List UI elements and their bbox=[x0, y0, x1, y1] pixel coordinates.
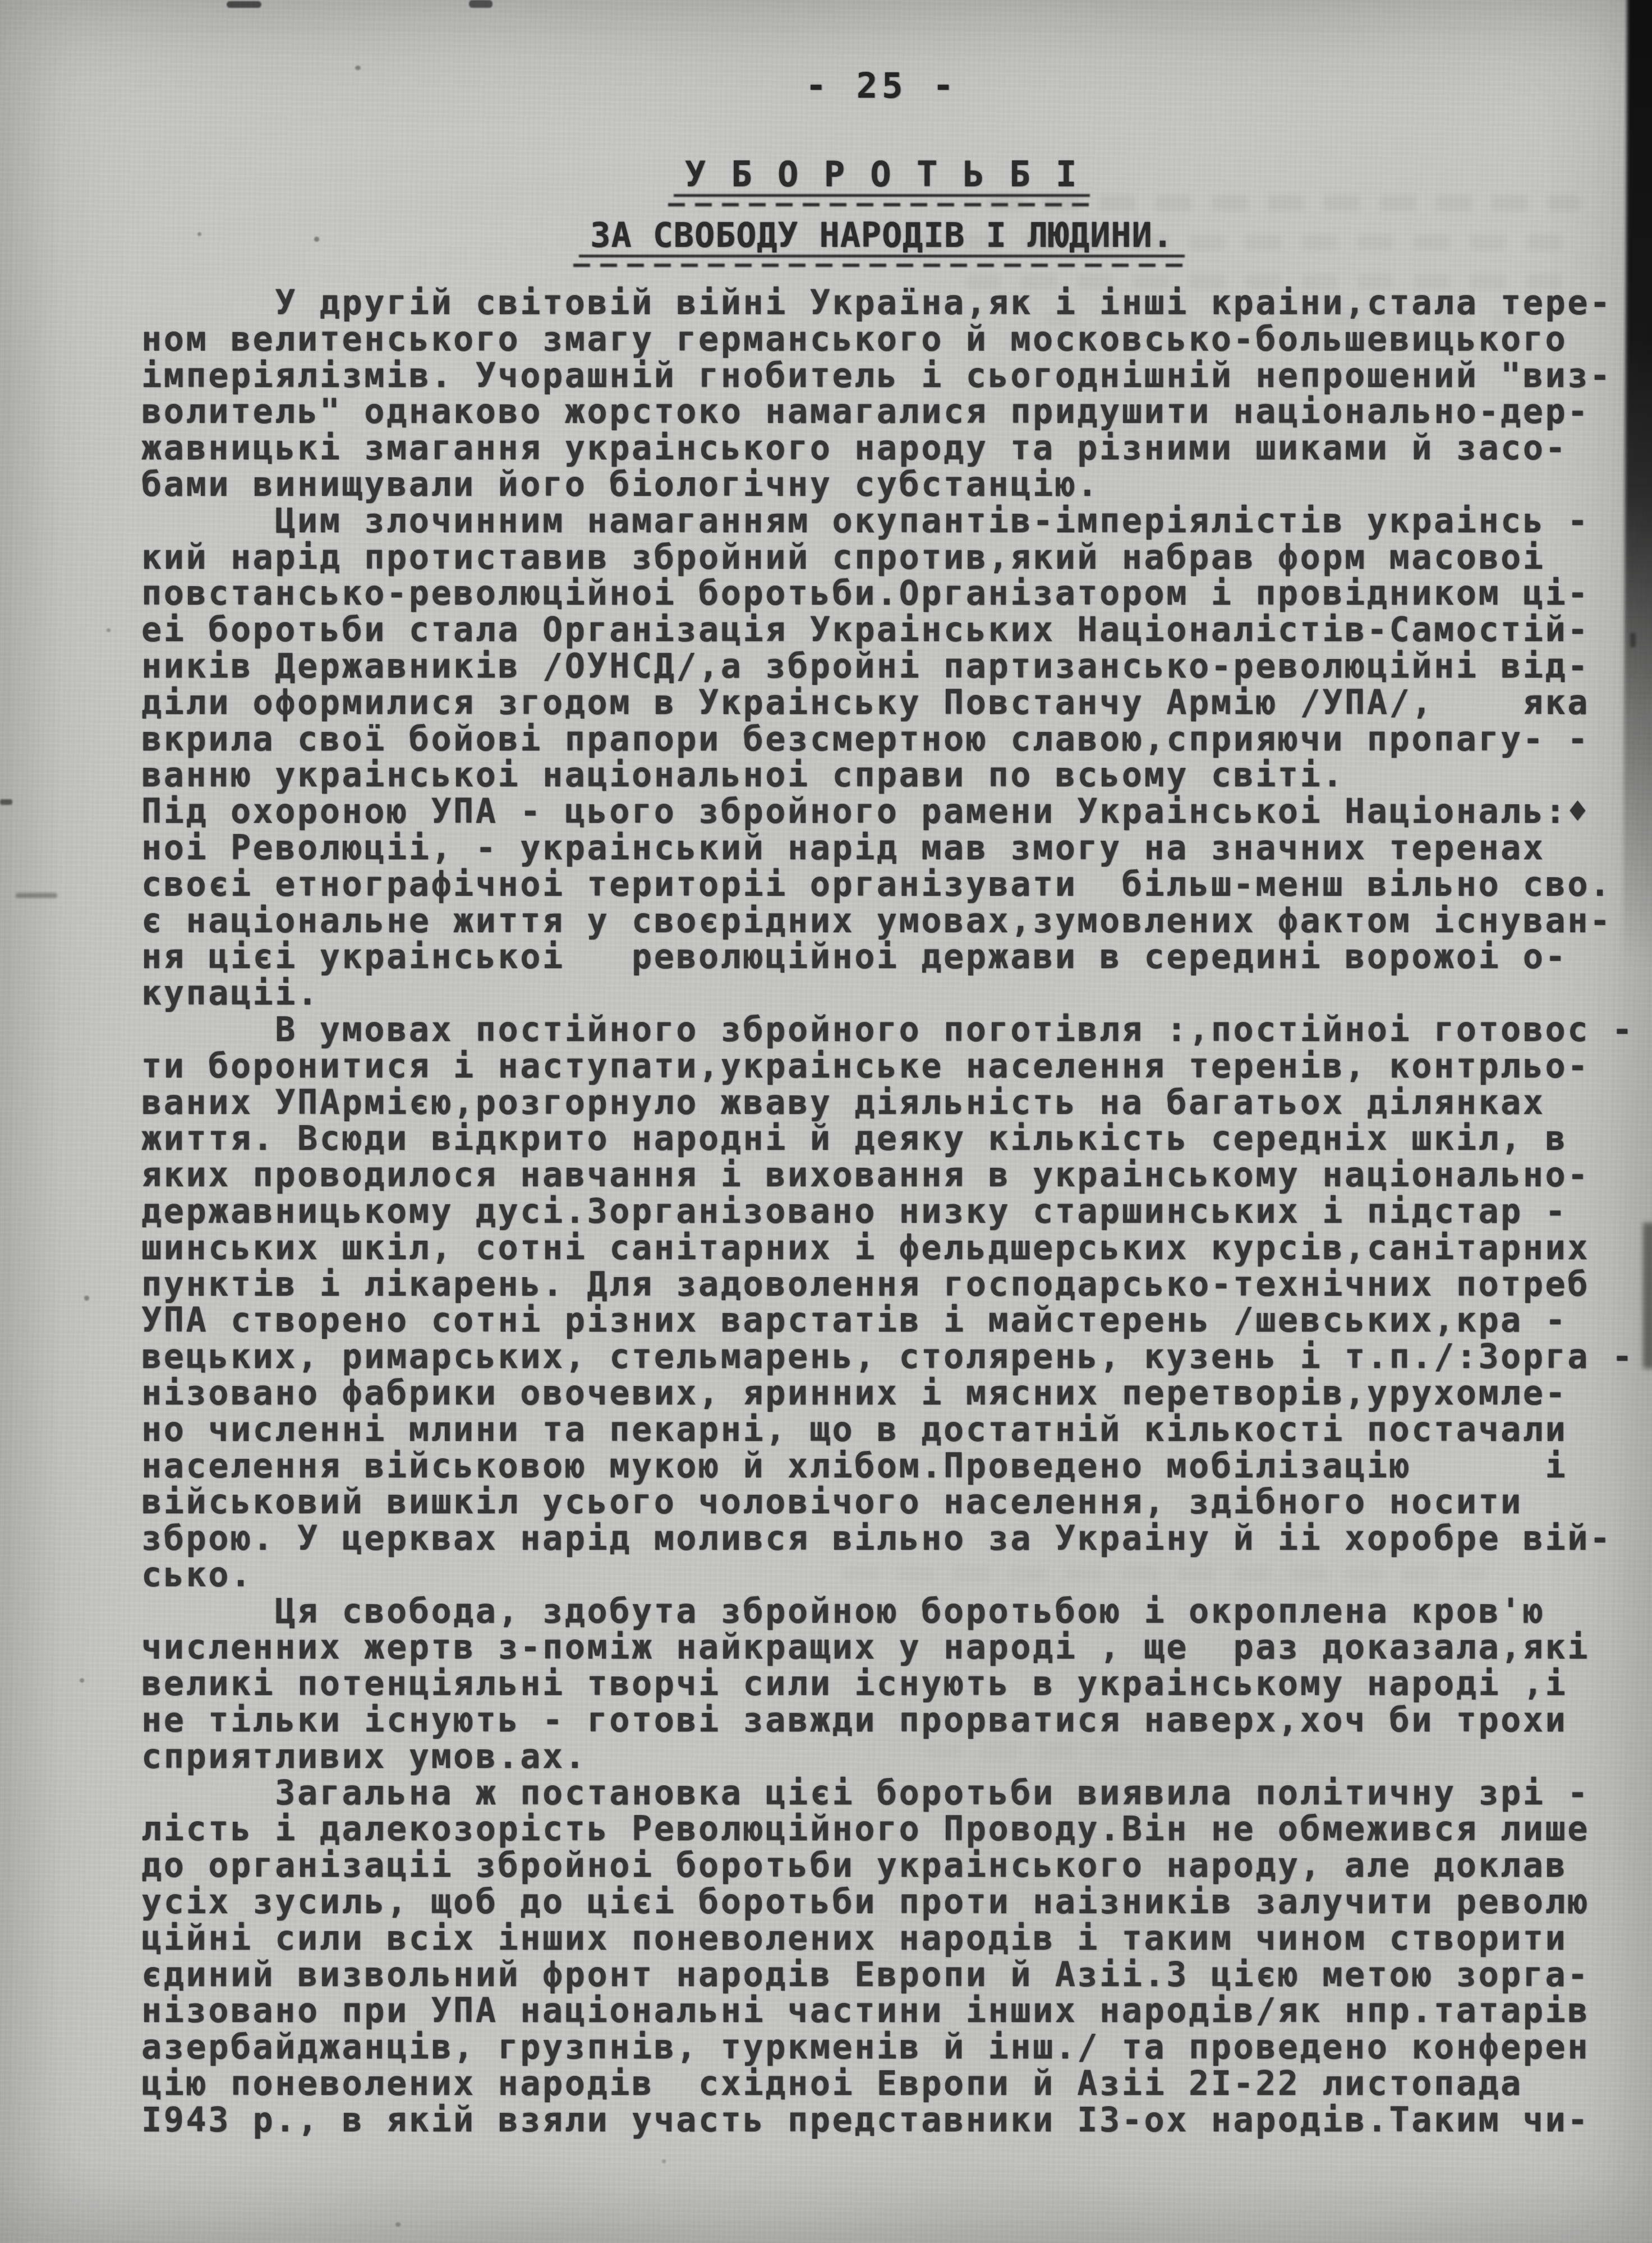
text-line: В умовах постійного збройного поготівля … bbox=[141, 1012, 1650, 1048]
text-line: усіх зусиль, щоб до цієі боротьби проти … bbox=[141, 1884, 1650, 1920]
text-line: імперіялізмів. Учорашній гнобитель і сьо… bbox=[141, 358, 1650, 394]
text-line: цію поневолених народів східноі Европи й… bbox=[141, 2066, 1650, 2102]
ink-speck bbox=[84, 1296, 89, 1301]
ink-speck bbox=[107, 628, 111, 632]
text-line: життя. Всюди відкрито народні й деяку кі… bbox=[141, 1121, 1650, 1157]
text-line: ном велитенського змагу германського й м… bbox=[141, 321, 1650, 358]
scanned-document-page: - 25 - У Б О Р О Т Ь Б І ЗА СВОБОДУ НАРО… bbox=[0, 0, 1652, 2243]
text-line: кий нарід протиставив збройний спротив,я… bbox=[141, 540, 1650, 576]
text-line: пунктів і лікарень. Для задоволення госп… bbox=[141, 1266, 1650, 1303]
text-line: ційні сили всіх інших поневолених народі… bbox=[141, 1920, 1650, 1957]
text-line: діли оформилися згодом в Украінську Повс… bbox=[141, 685, 1650, 721]
text-line: численних жертв з-поміж найкращих у наро… bbox=[141, 1629, 1650, 1666]
text-line: еі боротьби стала Організація Украінськи… bbox=[141, 612, 1650, 648]
ink-speck bbox=[662, 2159, 666, 2163]
text-line: ня цієі украінськоі революційноі держави… bbox=[141, 939, 1650, 975]
text-line: азербайджанців, грузпнів, туркменів й ін… bbox=[141, 2029, 1650, 2066]
text-line: нізовано фабрики овочевих, яринних і мяс… bbox=[141, 1375, 1650, 1412]
ink-speck bbox=[16, 893, 57, 898]
text-line: вецьких, римарських, стельмарень, столяр… bbox=[141, 1339, 1650, 1375]
page-number: - 25 - bbox=[141, 65, 1622, 106]
text-line: великі потенціяльні творчі сили існують … bbox=[141, 1666, 1650, 1702]
text-line: ти боронитися і наступати,украінське нас… bbox=[141, 1048, 1650, 1085]
text-line: У другій світовій війні Україна,як і інш… bbox=[141, 285, 1650, 321]
title-line-1: У Б О Р О Т Ь Б І bbox=[685, 154, 1079, 195]
subtitle-underline-solid bbox=[579, 255, 1184, 257]
text-line: до організаціі збройноі боротьби украінс… bbox=[141, 1848, 1650, 1884]
text-line: ників Державників /ОУНСД/,а збройні парт… bbox=[141, 648, 1650, 685]
text-line: ваних УПАрмією,розгорнуло жваву діяльніс… bbox=[141, 1085, 1650, 1121]
text-line: не тільки існують - готові завжди прорва… bbox=[141, 1702, 1650, 1739]
ink-speck bbox=[395, 2222, 401, 2227]
text-line: ванню украінськоі національноі справи по… bbox=[141, 757, 1650, 794]
text-line: Цим злочинним намаганням окупантів-імпер… bbox=[141, 503, 1650, 540]
text-line: УПА створено сотні різних варстатів і ма… bbox=[141, 1302, 1650, 1339]
text-line: бами винищували його біологічну субстанц… bbox=[141, 467, 1650, 503]
title-line-1-wrap: У Б О Р О Т Ь Б І bbox=[683, 156, 1082, 193]
text-line: сприятливих умов.ах. bbox=[141, 1739, 1650, 1775]
text-line: I943 р., в якій взяли участь представник… bbox=[141, 2102, 1650, 2139]
text-line: Загальна ж постановка цієі боротьби вияв… bbox=[141, 1775, 1650, 1812]
text-line: Ця свобода, здобута збройною боротьбою і… bbox=[141, 1593, 1650, 1630]
ink-speck bbox=[469, 0, 493, 8]
text-line: жавницькі змагання украінського народу т… bbox=[141, 430, 1650, 467]
title-line-2: ЗА СВОБОДУ НАРОДІВ І ЛЮДИНИ. bbox=[590, 216, 1173, 255]
text-line: зброю. У церквах нарід молився вільно за… bbox=[141, 1521, 1650, 1557]
title-row-2: ЗА СВОБОДУ НАРОДІВ І ЛЮДИНИ. bbox=[141, 218, 1622, 254]
text-line: є національне життя у своєрідних умовах,… bbox=[141, 903, 1650, 939]
text-line: лість і далекозорість Революційного Пров… bbox=[141, 1811, 1650, 1848]
document-title-block: У Б О Р О Т Ь Б І ЗА СВОБОДУ НАРОДІВ І Л… bbox=[141, 156, 1622, 254]
text-line: військовий вишкіл усього чоловічого насе… bbox=[141, 1484, 1650, 1521]
scan-edge-shadow bbox=[1623, 0, 1652, 968]
text-line: населення військовою мукою й хлібом.Пров… bbox=[141, 1448, 1650, 1485]
text-line: нізовано при УПА національні частини інш… bbox=[141, 1993, 1650, 2029]
text-line: купаціі. bbox=[141, 975, 1650, 1012]
scan-edge-shadow-lower bbox=[1643, 1223, 1652, 1369]
ink-speck bbox=[0, 799, 12, 805]
text-line: но численні млини та пекарні, що в доста… bbox=[141, 1412, 1650, 1448]
document-body: У другій світовій війні Україна,як і інш… bbox=[141, 285, 1650, 2139]
ink-speck bbox=[80, 1678, 84, 1683]
text-line: волитель" однаково жорстоко намагалися п… bbox=[141, 394, 1650, 430]
title-underline-dashed bbox=[668, 203, 1096, 206]
text-line: єдиний визвольний фронт народів Европи й… bbox=[141, 1957, 1650, 1993]
title-underline-solid bbox=[674, 194, 1090, 197]
title-line-2-wrap: ЗА СВОБОДУ НАРОДІВ І ЛЮДИНИ. bbox=[588, 218, 1175, 254]
subtitle-underline-dashed bbox=[573, 264, 1190, 267]
text-line: шинських шкіл, сотні санітарних і фельдш… bbox=[141, 1230, 1650, 1266]
ink-speck bbox=[227, 1, 261, 8]
text-line: державницькому дусі.Зорганізовано низку … bbox=[141, 1194, 1650, 1230]
text-line: яких проводилося навчання і виховання в … bbox=[141, 1157, 1650, 1194]
text-line: сько. bbox=[141, 1557, 1650, 1593]
title-row-1: У Б О Р О Т Ь Б І bbox=[141, 156, 1622, 193]
text-line: своєі етнографічноі територіі організува… bbox=[141, 867, 1650, 903]
text-line: повстансько-революційноі боротьби.Органі… bbox=[141, 575, 1650, 612]
text-line: вкрила свої бойові прапори безсмертною с… bbox=[141, 721, 1650, 758]
text-line: Під охороною УПА - цього збройного рамен… bbox=[141, 794, 1650, 830]
text-line: ноі Революціі, - украінський нарід мав з… bbox=[141, 830, 1650, 867]
